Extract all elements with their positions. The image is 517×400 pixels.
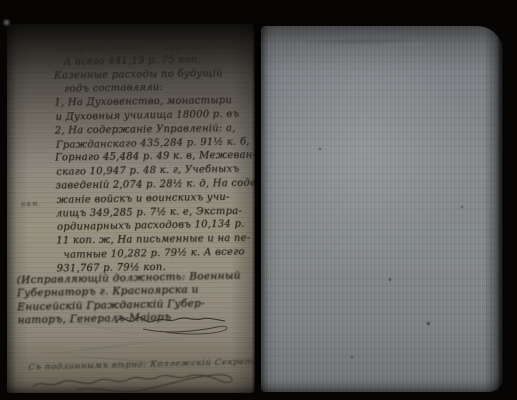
blank-right-page [261, 26, 503, 392]
photo-artifact-blob [2, 19, 11, 26]
governor-signature-flourish [113, 308, 235, 342]
certification-flourish [27, 363, 244, 400]
manuscript-left-page: съ пробъ золота и серебра образцовъ А вс… [7, 24, 255, 393]
paper-speck [427, 322, 430, 325]
certification-signature: Съ подлиннымъ вѣрно: Коллежскій Секретар… [25, 357, 248, 400]
paper-speck [319, 148, 321, 150]
paper-speck [461, 206, 463, 208]
marginal-note: нвм. [21, 200, 42, 209]
paper-speck [389, 278, 391, 281]
paper-smudge [297, 37, 427, 46]
document-photograph: съ пробъ золота и серебра образцовъ А вс… [0, 0, 517, 400]
paper-speck [351, 356, 353, 358]
manuscript-body-text: съ пробъ золота и серебра образцовъ А вс… [53, 39, 256, 276]
